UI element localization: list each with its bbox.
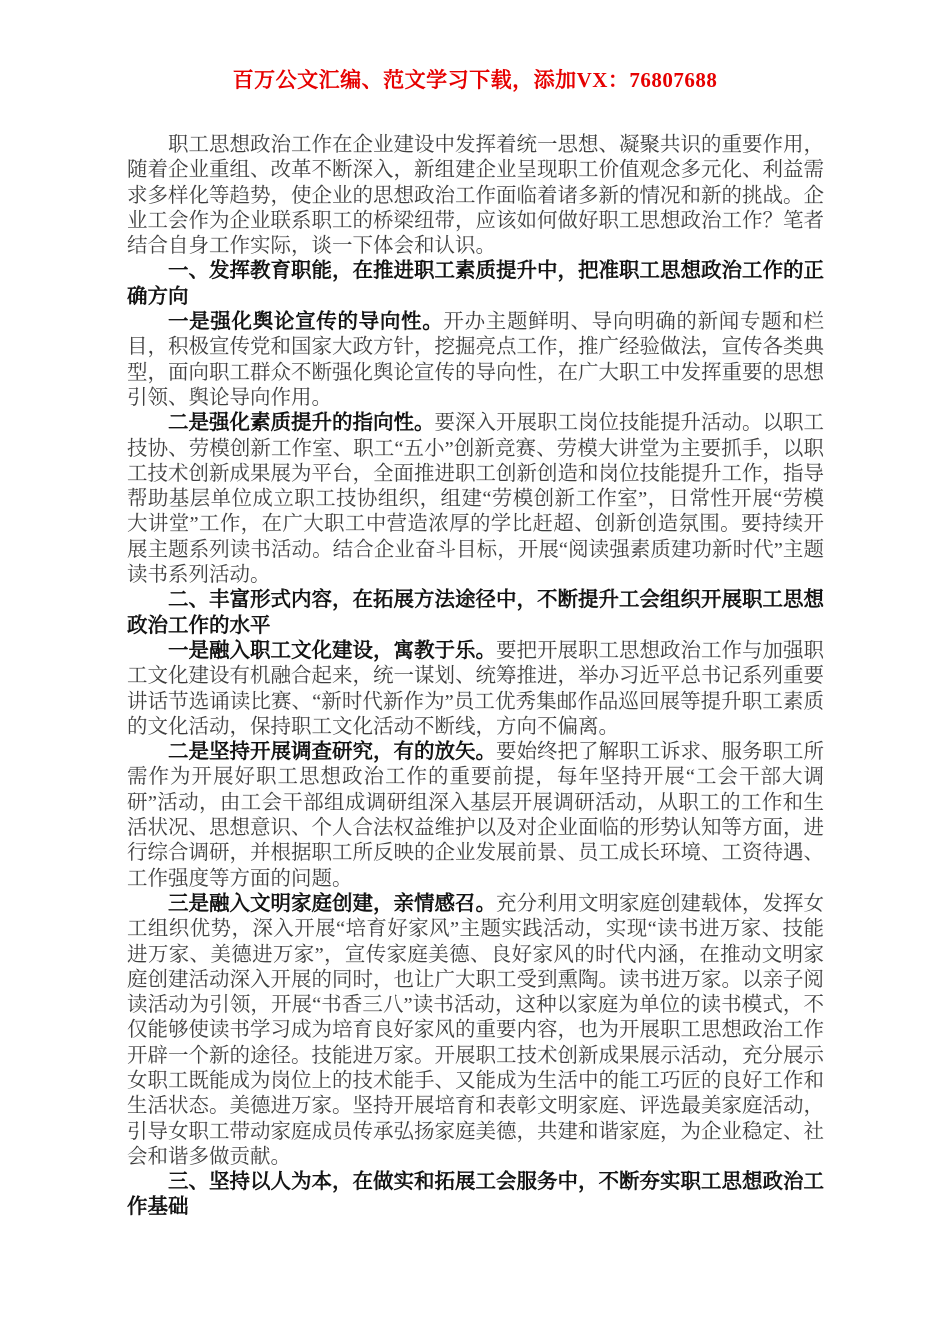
paragraph: 二是强化素质提升的指向性。要深入开展职工岗位技能提升活动。以职工技协、劳模创新工… xyxy=(127,411,824,588)
paragraph: 三是融入文明家庭创建，亲情感召。充分利用文明家庭创建载体，发挥女工组织优势，深入… xyxy=(127,892,824,1170)
document-body: 职工思想政治工作在企业建设中发挥着统一思想、凝聚共识的重要作用，随着企业重组、改… xyxy=(127,133,824,1221)
paragraph-bold-lead: 三是融入文明家庭创建，亲情感召。 xyxy=(168,893,496,915)
paragraph-bold-lead: 二是坚持开展调查研究，有的放矢。 xyxy=(168,741,496,763)
section-heading: 一、发挥教育职能，在推进职工素质提升中，把准职工思想政治工作的正确方向 xyxy=(127,259,824,310)
section-heading: 三、坚持以人为本，在做实和拓展工会服务中，不断夯实职工思想政治工作基础 xyxy=(127,1170,824,1221)
section-heading: 二、丰富形式内容，在拓展方法途径中，不断提升工会组织开展职工思想政治工作的水平 xyxy=(127,588,824,639)
paragraph: 职工思想政治工作在企业建设中发挥着统一思想、凝聚共识的重要作用，随着企业重组、改… xyxy=(127,133,824,259)
paragraph-bold-lead: 二是强化素质提升的指向性。 xyxy=(168,412,435,434)
document-page: 百万公文汇编、范文学习下载，添加VX：76807688 职工思想政治工作在企业建… xyxy=(0,0,950,1344)
paragraph: 二是坚持开展调查研究，有的放矢。要始终把了解职工诉求、服务职工所需作为开展好职工… xyxy=(127,740,824,892)
paragraph-bold-lead: 一是融入职工文化建设，寓教于乐。 xyxy=(168,640,496,662)
paragraph: 一是融入职工文化建设，寓教于乐。要把开展职工思想政治工作与加强职工文化建设有机融… xyxy=(127,639,824,740)
watermark-ad-header: 百万公文汇编、范文学习下载，添加VX：76807688 xyxy=(0,0,950,93)
paragraph-bold-lead: 一是强化舆论宣传的导向性。 xyxy=(168,311,443,333)
paragraph: 一是强化舆论宣传的导向性。开办主题鲜明、导向明确的新闻专题和栏目，积极宣传党和国… xyxy=(127,310,824,411)
